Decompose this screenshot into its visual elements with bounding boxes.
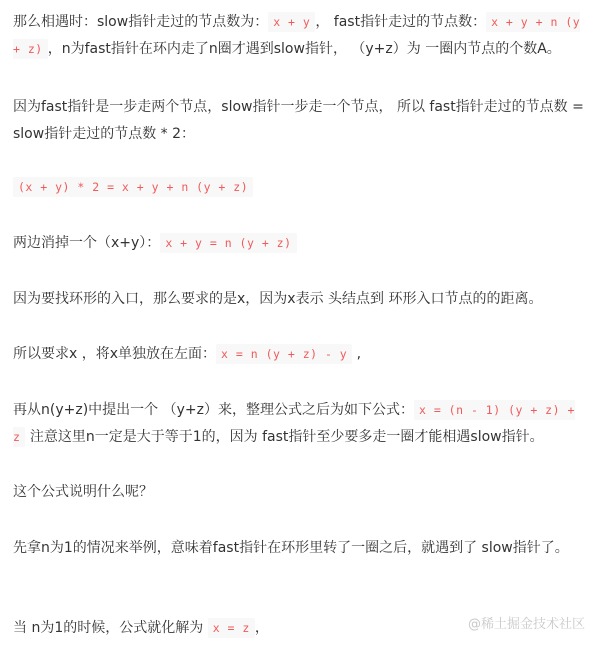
text: 注意这里n一定是大于等于1的，因为 fast指针至少要多走一圈才能相遇slow指…: [25, 429, 543, 445]
paragraph-question: 这个公式说明什么呢？: [13, 479, 593, 506]
text: 当 n为1的时候，公式就化解为: [13, 620, 203, 636]
text: 那么相遇时：slow指针走过的节点数为：: [13, 14, 268, 30]
text: ，n为fast指针在环内走了n圈才遇到slow指针， （y+z）为 一圈内节点的…: [48, 41, 561, 57]
inline-code: x = z: [208, 618, 255, 638]
watermark: @稀土掘金技术社区: [468, 613, 585, 632]
text: ,: [352, 346, 361, 362]
paragraph-equation: (x + y) * 2 = x + y + n (y + z): [13, 174, 593, 201]
paragraph-meeting: 那么相遇时：slow指针走过的节点数为：x + y， fast指针走过的节点数：…: [13, 9, 593, 63]
inline-code: x + y: [268, 12, 315, 32]
paragraph-entry: 因为要找环形的入口，那么要求的是x，因为x表示 头结点到 环形入口节点的的距离。: [13, 286, 593, 313]
inline-code: x = n (y + z) - y: [216, 344, 352, 364]
text: ， fast指针走过的节点数：: [315, 14, 486, 30]
paragraph-formula: 再从n(y+z)中提出一个 （y+z）来，整理公式之后为如下公式：x = (n …: [13, 397, 593, 451]
code-equation: (x + y) * 2 = x + y + n (y + z): [13, 177, 253, 197]
inline-code: x + y = n (y + z): [160, 233, 296, 253]
paragraph-solve-x: 所以要求x ，将x单独放在左面：x = n (y + z) - y ,: [13, 341, 593, 368]
text: 再从n(y+z)中提出一个 （y+z）来，整理公式之后为如下公式：: [13, 402, 414, 418]
paragraph-speed: 因为fast指针是一步走两个节点，slow指针一步走一个节点， 所以 fast指…: [13, 94, 593, 148]
paragraph-cancel: 两边消掉一个（x+y）：x + y = n (y + z): [13, 230, 593, 257]
text: 所以要求x ，将x单独放在左面：: [13, 346, 216, 362]
text: 两边消掉一个（x+y）：: [13, 235, 160, 251]
paragraph-example: 先拿n为1的情况来举例，意味着fast指针在环形里转了一圈之后，就遇到了 slo…: [13, 535, 593, 562]
text: ，: [255, 620, 269, 636]
